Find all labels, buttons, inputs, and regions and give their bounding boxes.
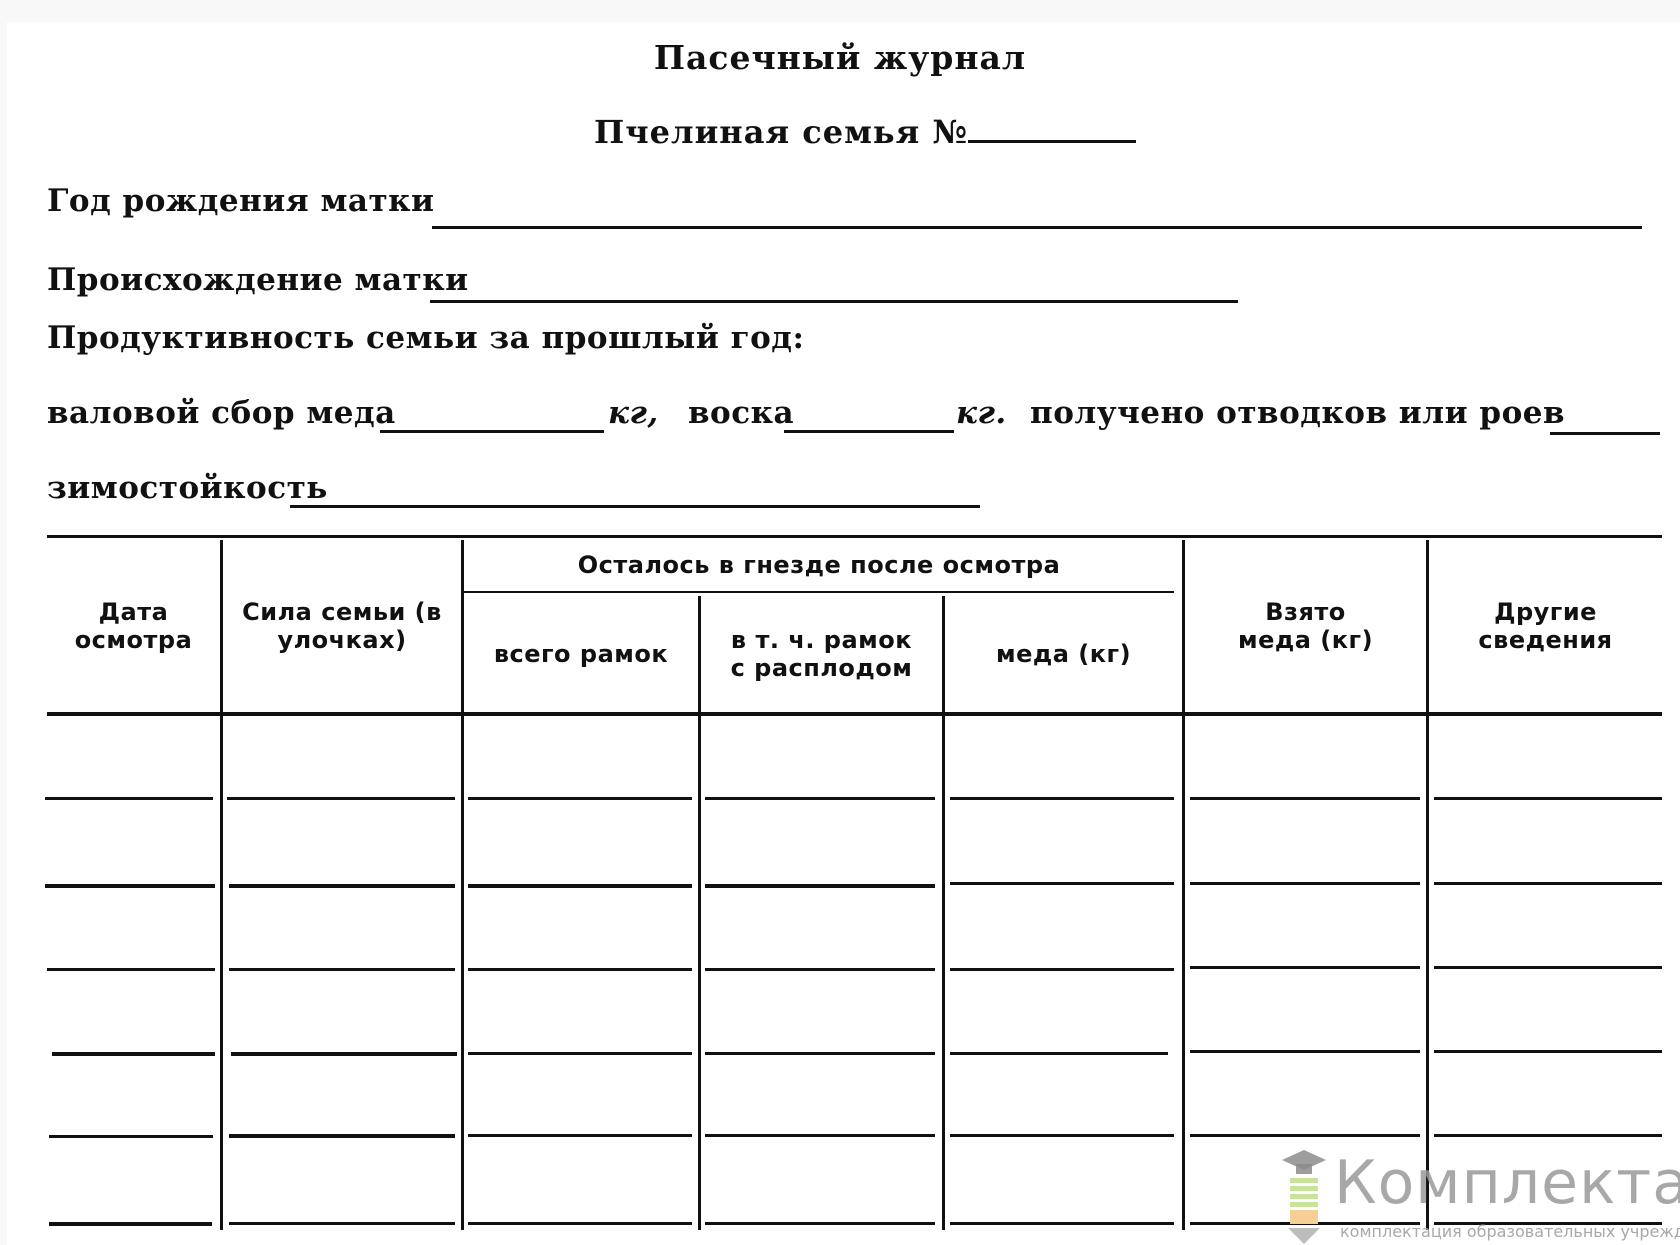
header-frames-total: всего рамок xyxy=(464,596,698,712)
winter-hardiness-field[interactable] xyxy=(290,505,980,508)
header-remaining-group: Осталось в гнезде после осмотра xyxy=(464,540,1174,590)
queen-birth-year-label: Год рождения матки xyxy=(47,183,435,219)
splits-swarms-field[interactable] xyxy=(1550,432,1660,435)
cell-date[interactable] xyxy=(47,888,220,968)
header-honey-kg: меда (кг) xyxy=(945,596,1182,712)
winter-hardiness-label: зимостойкость xyxy=(47,470,328,506)
wax-field[interactable] xyxy=(784,430,954,433)
header-bottom-rule xyxy=(47,712,1662,716)
queen-birth-year-line: Год рождения матки xyxy=(47,183,435,219)
cell-date[interactable] xyxy=(47,800,220,884)
header-date: Дата осмотра xyxy=(47,540,220,712)
splits-swarms-label: получено отводков или роев xyxy=(1030,395,1565,431)
header-honey-taken: Взято меда (кг) xyxy=(1185,540,1426,712)
cell-date[interactable] xyxy=(47,1138,220,1222)
productivity-heading: Продуктивность семьи за прошлый год: xyxy=(47,320,804,356)
queen-origin-field[interactable] xyxy=(430,300,1238,303)
brand-tagline: комплектация образовательных учреждений xyxy=(1340,1222,1680,1241)
brand-name: Комплектант xyxy=(1334,1148,1680,1218)
honey-yield-field[interactable] xyxy=(380,430,604,433)
header-other-info: Другие сведения xyxy=(1429,540,1662,712)
queen-origin-label: Происхождение матки xyxy=(47,262,469,298)
colony-number-line: Пчелиная семья № xyxy=(594,113,1136,151)
colony-number-label: Пчелиная семья № xyxy=(594,113,968,151)
colony-number-field[interactable] xyxy=(968,114,1136,143)
wax-label: воска xyxy=(688,395,794,431)
queen-birth-year-field[interactable] xyxy=(432,226,1642,229)
brand-watermark: Комплектант комплектация образовательных… xyxy=(1278,1148,1680,1245)
cell-date[interactable] xyxy=(47,971,220,1052)
honey-yield-label: валовой сбор меда xyxy=(47,395,396,431)
honey-yield-unit: кг, xyxy=(608,395,659,431)
graduation-book-logo-icon xyxy=(1278,1148,1338,1245)
wax-unit: кг. xyxy=(956,395,1007,431)
header-frames-brood: в т. ч. рамок с расплодом xyxy=(701,596,942,712)
table-top-rule xyxy=(47,535,1662,538)
cell-date[interactable] xyxy=(47,1056,220,1134)
header-strength: Сила семьи (в улочках) xyxy=(223,540,461,712)
journal-title: Пасечный журнал xyxy=(0,38,1680,77)
group-header-rule xyxy=(462,591,1174,593)
cell-date[interactable] xyxy=(47,716,220,796)
queen-origin-line: Происхождение матки xyxy=(47,262,469,298)
